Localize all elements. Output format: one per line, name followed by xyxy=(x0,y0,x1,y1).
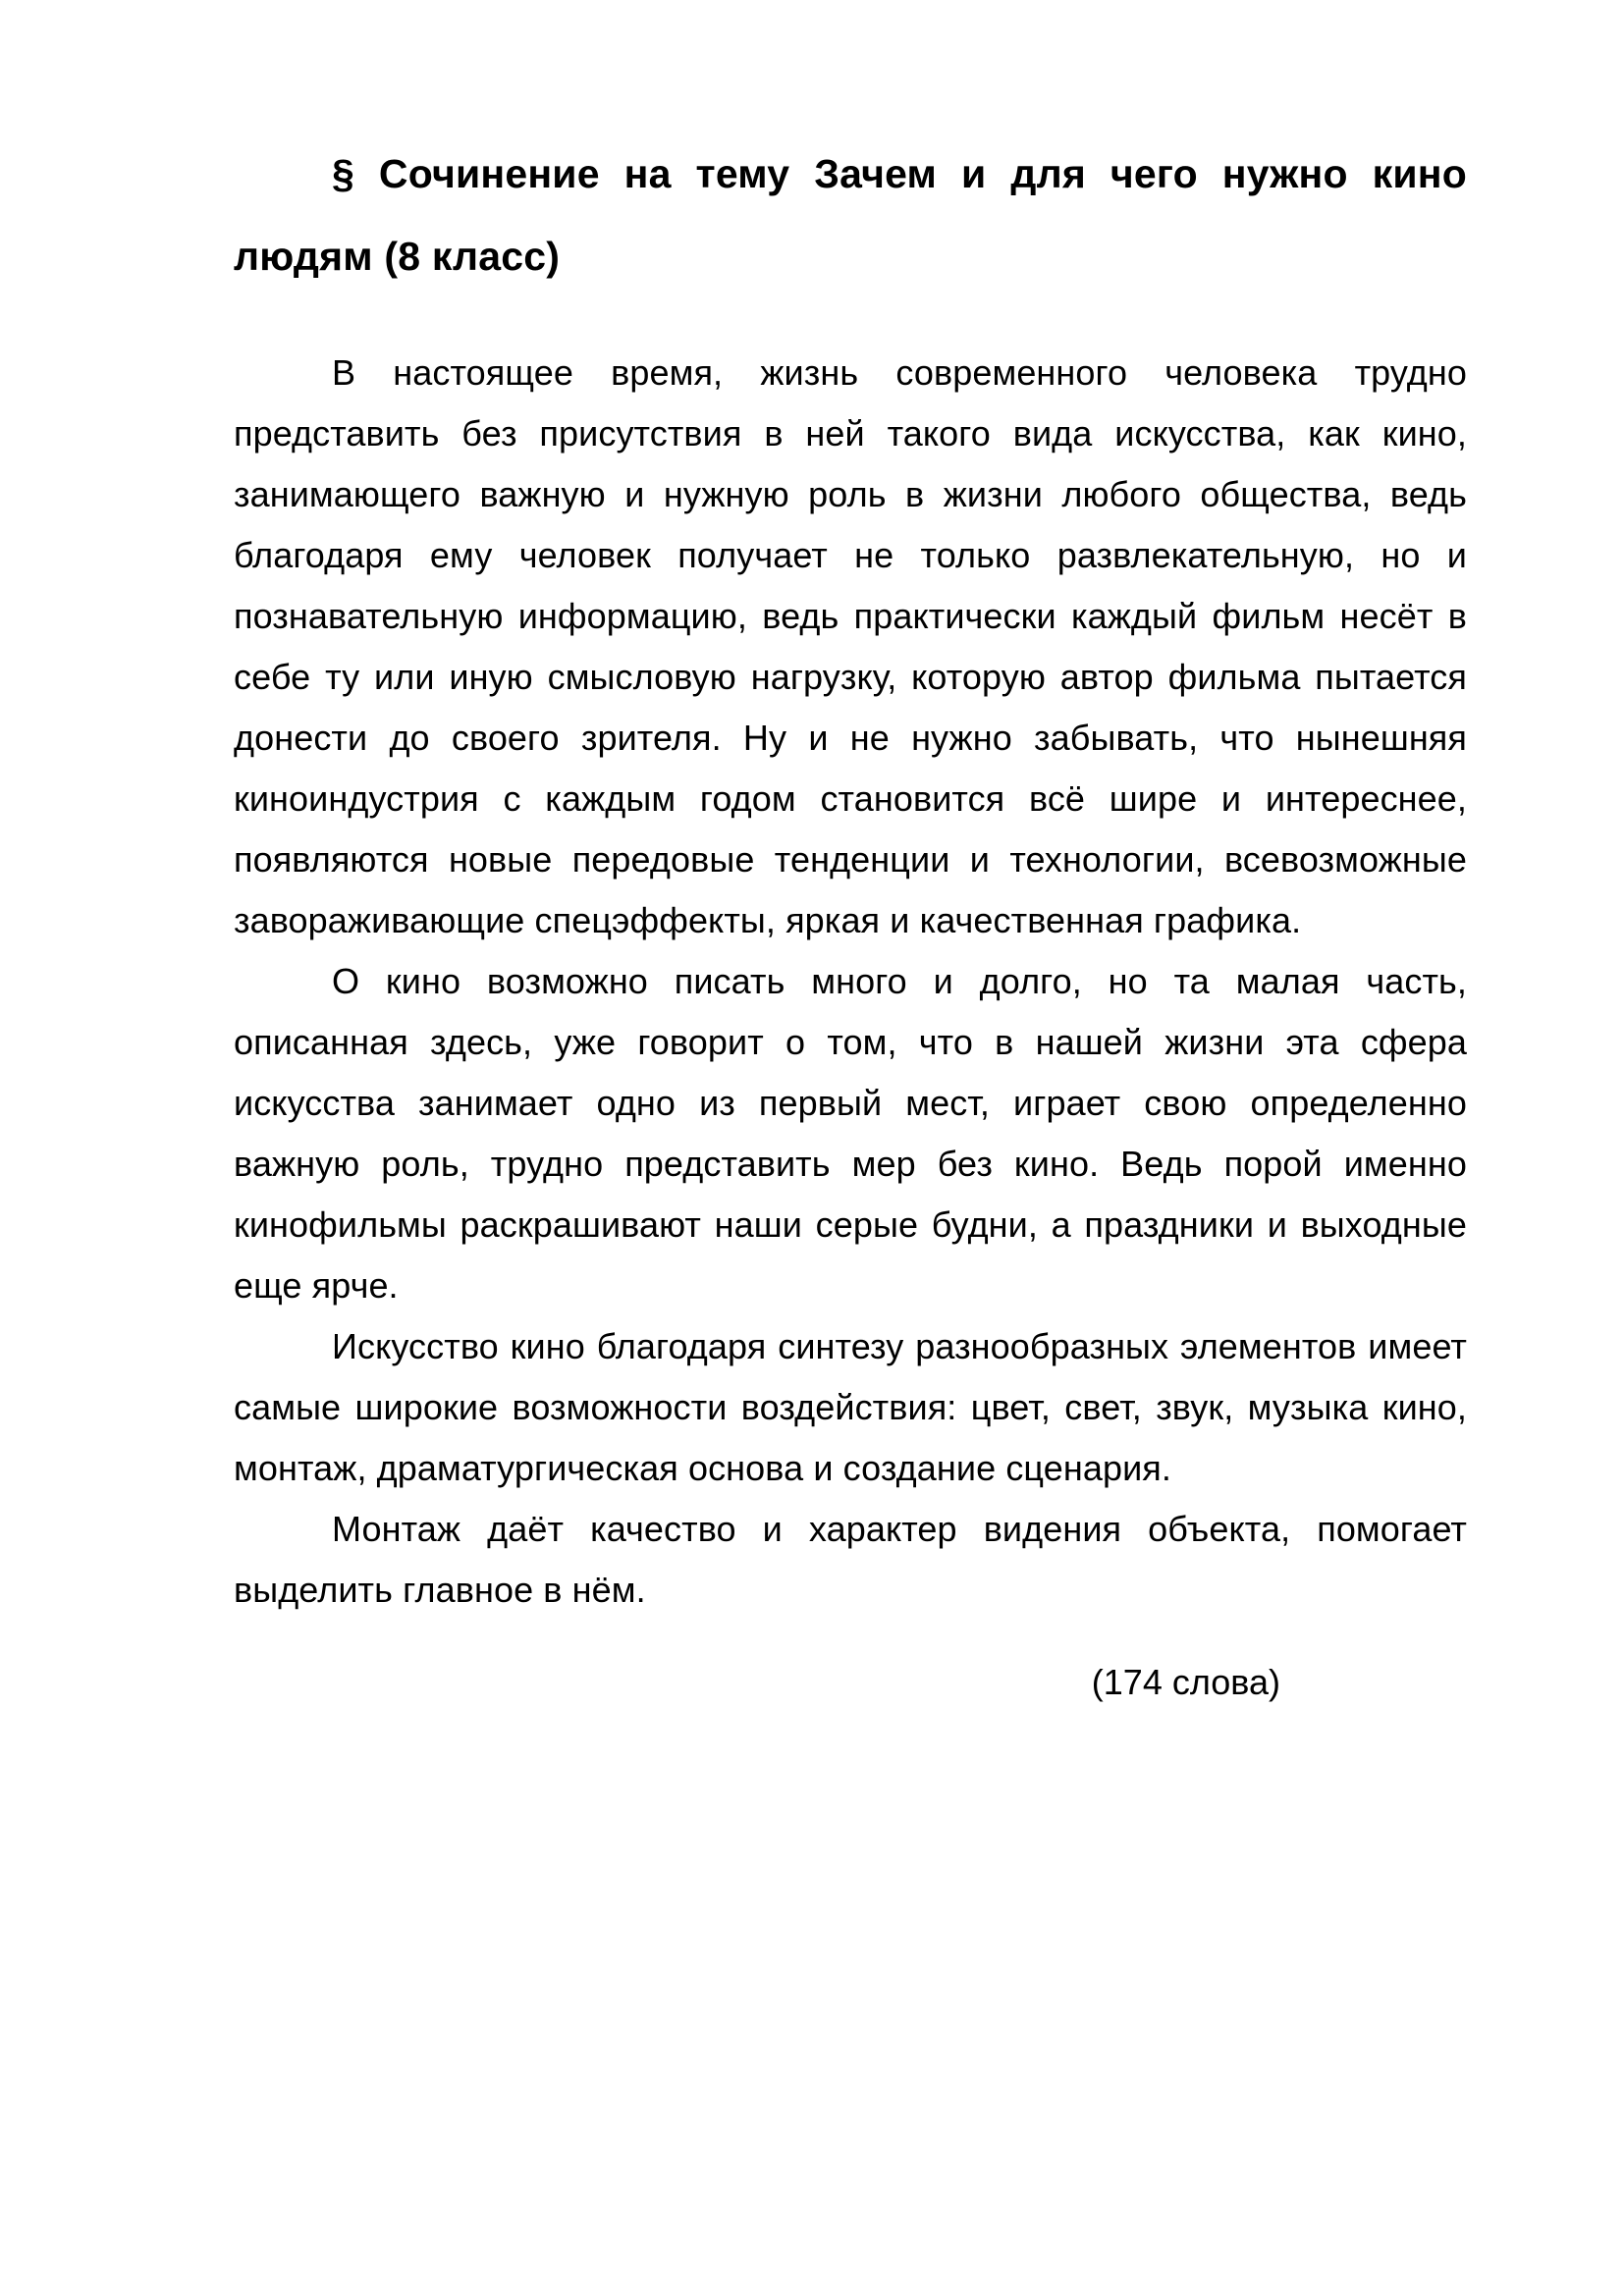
essay-paragraph-2: О кино возможно писать много и долго, но… xyxy=(234,951,1467,1316)
essay-paragraph-4: Монтаж даёт качество и характер видения … xyxy=(234,1499,1467,1621)
word-count: (174 слова) xyxy=(234,1652,1467,1713)
document-page: § Сочинение на тему Зачем и для чего нуж… xyxy=(0,0,1624,2296)
essay-paragraph-1: В настоящее время, жизнь современного че… xyxy=(234,343,1467,951)
essay-paragraph-3: Искусство кино благодаря синтезу разнооб… xyxy=(234,1316,1467,1499)
essay-title: § Сочинение на тему Зачем и для чего нуж… xyxy=(234,133,1467,297)
